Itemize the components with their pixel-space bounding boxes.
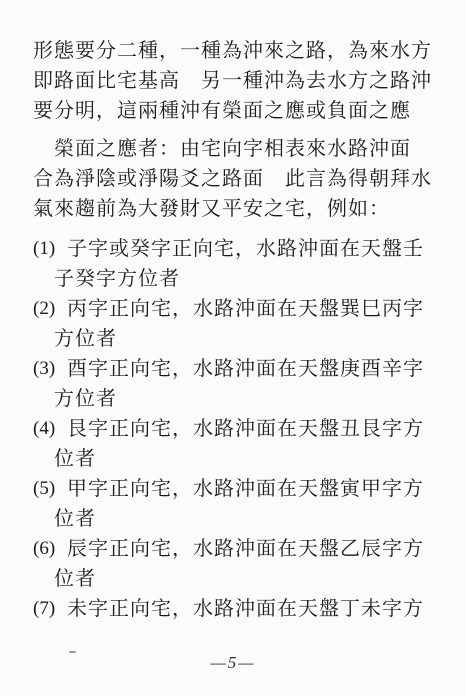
paragraph-positive-effects: 榮面之應者：由宅向字相表來水路沖面 合為淨陰或淨陽爻之路面 此言為得朝拜水 氣來… bbox=[33, 134, 439, 224]
scanned-book-page: 形態要分二種，一種為沖來之路，為來水方 即路面比宅基高 另一種沖為去水方之路沖 … bbox=[0, 0, 466, 696]
list-item-continuation: 位者 bbox=[33, 444, 439, 474]
text-line: 要分明，這兩種沖有榮面之應或負面之應 bbox=[33, 96, 439, 126]
text-line: 合為淨陰或淨陽爻之路面 此言為得朝拜水 bbox=[33, 164, 439, 194]
text-line: 形態要分二種，一種為沖來之路，為來水方 bbox=[33, 36, 439, 66]
list-item-continuation: 位者 bbox=[33, 504, 439, 534]
list-item-text: 未字正向宅，水路沖面在天盤丁未字方 bbox=[67, 594, 424, 624]
list-item: (1) 子字或癸字正向宅，水路沖面在天盤壬 子癸字方位者 bbox=[33, 234, 439, 294]
list-item: (7) 未字正向宅，水路沖面在天盤丁未字方 bbox=[33, 594, 439, 624]
page-number: —5— bbox=[0, 653, 466, 673]
list-item-number: (4) bbox=[33, 414, 67, 444]
list-item-number: (7) bbox=[33, 594, 67, 624]
text-line: 氣來趨前為大發財又平安之宅，例如： bbox=[33, 194, 439, 224]
list-item-number: (3) bbox=[33, 354, 67, 384]
text-line: 即路面比宅基高 另一種沖為去水方之路沖 bbox=[33, 66, 439, 96]
list-item: (6) 辰字正向宅，水路沖面在天盤乙辰字方 位者 bbox=[33, 534, 439, 594]
list-item: (3) 酉字正向宅，水路沖面在天盤庚酉辛字 方位者 bbox=[33, 354, 439, 414]
list-item-text: 酉字正向宅，水路沖面在天盤庚酉辛字 bbox=[67, 354, 424, 384]
list-item-text: 辰字正向宅，水路沖面在天盤乙辰字方 bbox=[67, 534, 424, 564]
paragraph-road-types: 形態要分二種，一種為沖來之路，為來水方 即路面比宅基高 另一種沖為去水方之路沖 … bbox=[33, 36, 439, 126]
list-item-text: 丙字正向宅，水路沖面在天盤巽巳丙字 bbox=[67, 294, 424, 324]
numbered-example-list: (1) 子字或癸字正向宅，水路沖面在天盤壬 子癸字方位者 (2) 丙字正向宅，水… bbox=[33, 234, 439, 624]
list-item-number: (5) bbox=[33, 474, 67, 504]
list-item-number: (6) bbox=[33, 534, 67, 564]
list-item: (2) 丙字正向宅，水路沖面在天盤巽巳丙字 方位者 bbox=[33, 294, 439, 354]
list-item-continuation: 子癸字方位者 bbox=[33, 264, 439, 294]
list-item-continuation: 方位者 bbox=[33, 324, 439, 354]
list-item-continuation: 方位者 bbox=[33, 384, 439, 414]
list-item: (4) 艮字正向宅，水路沖面在天盤丑艮字方 位者 bbox=[33, 414, 439, 474]
list-item-text: 甲字正向宅，水路沖面在天盤寅甲字方 bbox=[67, 474, 424, 504]
list-item-text: 艮字正向宅，水路沖面在天盤丑艮字方 bbox=[67, 414, 424, 444]
list-item-text: 子字或癸字正向宅，水路沖面在天盤壬 bbox=[67, 234, 424, 264]
page-body-text: 形態要分二種，一種為沖來之路，為來水方 即路面比宅基高 另一種沖為去水方之路沖 … bbox=[33, 36, 439, 624]
list-item-number: (1) bbox=[33, 234, 67, 264]
list-item-continuation: 位者 bbox=[33, 564, 439, 594]
list-item-number: (2) bbox=[33, 294, 67, 324]
text-line: 榮面之應者：由宅向字相表來水路沖面 bbox=[33, 134, 439, 164]
list-item: (5) 甲字正向宅，水路沖面在天盤寅甲字方 位者 bbox=[33, 474, 439, 534]
